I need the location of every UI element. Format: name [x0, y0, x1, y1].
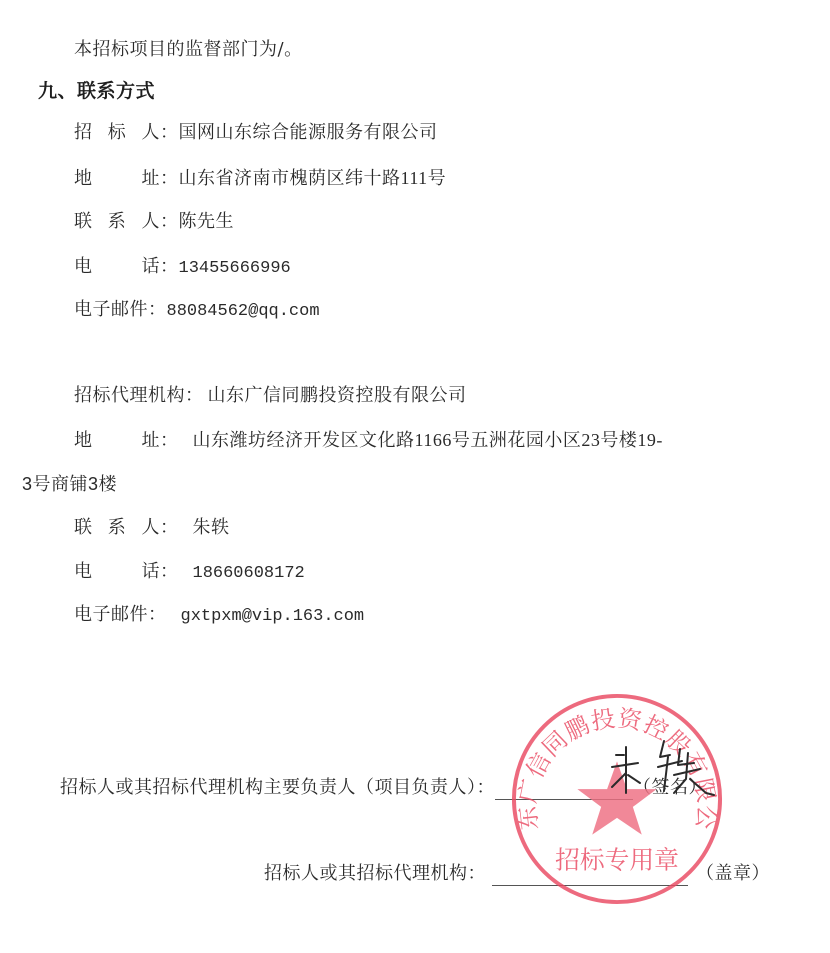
agency-address-value-line2: 3号商铺3楼: [22, 472, 117, 496]
seal-label: 招标人或其招标代理机构：: [264, 863, 486, 884]
label-char: 系: [108, 210, 127, 234]
seal-ring-text: 山东广信同鹏投资控股有限公司: [508, 690, 721, 831]
tenderer-email-row: 电子邮件：88084562@qq.com: [74, 298, 320, 324]
tenderer-email-value: 88084562@qq.com: [167, 302, 320, 321]
agency-phone-label: 电 话: [74, 560, 160, 584]
label-char: 电: [74, 255, 93, 279]
signature-suffix: （签名）: [633, 777, 707, 798]
agency-address-value-line1: 山东潍坊经济开发区文化路1166号五洲花园小区23号楼19-: [193, 430, 663, 450]
agency-name-label: 招标代理机构: [74, 384, 185, 408]
tenderer-phone-value: 13455666996: [179, 259, 291, 278]
agency-email-label: 电子邮件: [74, 603, 148, 627]
label-colon: ：: [160, 517, 179, 538]
tenderer-email-label: 电子邮件: [74, 298, 148, 322]
label-colon: ：: [160, 211, 179, 232]
tenderer-contact-row: 联 系 人 ：陈先生: [74, 210, 234, 234]
signature-field[interactable]: [495, 777, 633, 800]
agency-phone-value: 18660608172: [193, 564, 305, 583]
label-char: 系: [108, 516, 127, 540]
tenderer-contact-value: 陈先生: [179, 211, 235, 232]
agency-email-row: 电子邮件：gxtpxm@vip.163.com: [74, 603, 364, 629]
label-char: 话: [142, 255, 161, 279]
label-colon: ：: [148, 299, 167, 320]
seal-row: 招标人或其招标代理机构：（盖章）: [264, 862, 770, 886]
supervision-statement: 本招标项目的监督部门为/。: [74, 38, 303, 62]
tenderer-address-label: 地 址: [74, 167, 160, 191]
agency-contact-row: 联 系 人 ：朱轶: [74, 516, 230, 540]
label-colon: ：: [160, 430, 179, 451]
agency-contact-label: 联 系 人: [74, 516, 160, 540]
label-colon: ：: [160, 256, 179, 277]
responsible-person-row: 招标人或其招标代理机构主要负责人（项目负责人）：（签名）: [60, 776, 707, 800]
seal-field[interactable]: [492, 863, 688, 886]
agency-phone-row: 电 话 ：18660608172: [74, 560, 305, 586]
label-char: 话: [142, 560, 161, 584]
tenderer-name-value: 国网山东综合能源服务有限公司: [179, 122, 438, 143]
tenderer-address-value: 山东省济南市槐荫区纬十路111号: [179, 168, 447, 188]
label-colon: ：: [160, 168, 179, 189]
label-char: 人: [142, 516, 161, 540]
agency-address-label: 地 址: [74, 429, 160, 453]
responsible-person-label: 招标人或其招标代理机构主要负责人（项目负责人）：: [60, 777, 495, 798]
agency-name-row: 招标代理机构：山东广信同鹏投资控股有限公司: [74, 384, 467, 408]
label-char: 电: [74, 560, 93, 584]
agency-name-value: 山东广信同鹏投资控股有限公司: [208, 385, 467, 406]
tenderer-contact-label: 联 系 人: [74, 210, 160, 234]
label-char: 地: [74, 429, 93, 453]
section-heading: 九、联系方式: [38, 79, 155, 103]
agency-address-row: 地 址 ：山东潍坊经济开发区文化路1166号五洲花园小区23号楼19-: [74, 428, 663, 453]
seal-suffix: （盖章）: [696, 863, 770, 884]
label-char: 人: [142, 210, 161, 234]
agency-email-value: gxtpxm@vip.163.com: [181, 607, 365, 626]
label-colon: ：: [185, 385, 204, 406]
tenderer-phone-row: 电 话 ：13455666996: [74, 255, 291, 281]
label-char: 址: [142, 167, 161, 191]
tenderer-address-row: 地 址 ：山东省济南市槐荫区纬十路111号: [74, 166, 446, 191]
tenderer-name-label: 招 标 人: [74, 121, 160, 145]
agency-contact-value: 朱轶: [193, 517, 230, 538]
label-char: 招: [74, 121, 93, 145]
label-char: 标: [108, 121, 127, 145]
label-colon: ：: [160, 122, 179, 143]
tenderer-name-row: 招 标 人 ：国网山东综合能源服务有限公司: [74, 121, 438, 145]
label-colon: ：: [160, 561, 179, 582]
label-char: 地: [74, 167, 93, 191]
label-char: 人: [142, 121, 161, 145]
label-char: 联: [74, 516, 93, 540]
tenderer-phone-label: 电 话: [74, 255, 160, 279]
label-char: 址: [142, 429, 161, 453]
label-char: 联: [74, 210, 93, 234]
label-colon: ：: [148, 604, 167, 625]
